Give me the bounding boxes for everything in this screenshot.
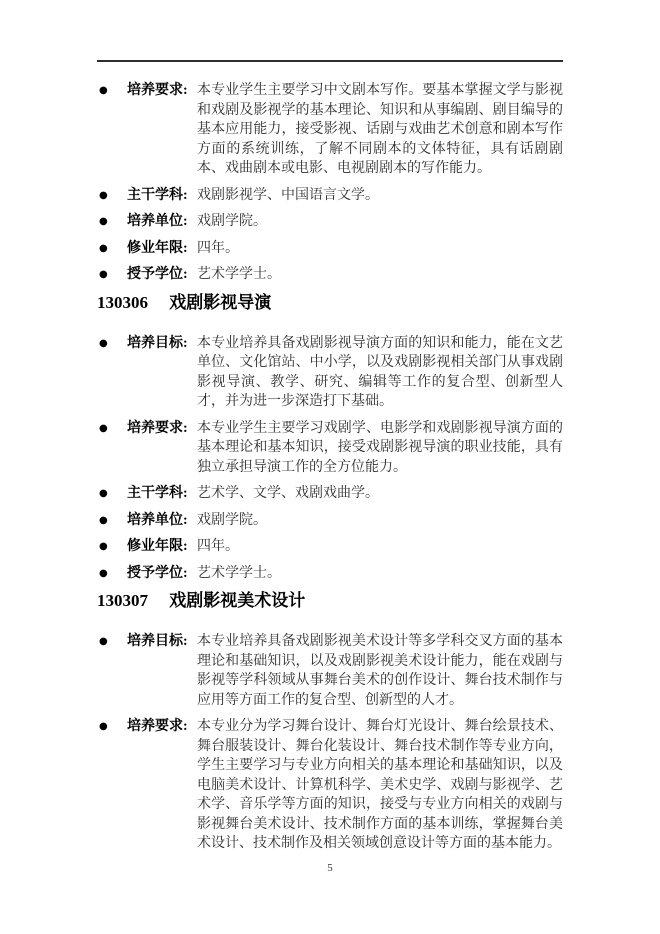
list-item: ● 主干学科: 戏剧影视学、中国语言文学。 — [97, 186, 563, 206]
bullet-icon: ● — [97, 212, 127, 232]
item-label: 主干学科: — [127, 186, 197, 206]
item-text: 戏剧学院。 — [197, 212, 563, 232]
item-text: 本专业培养具备戏剧影视美术设计等多学科交叉方面的基本理论和基础知识，以及戏剧影视… — [197, 632, 563, 710]
item-label: 培养单位: — [127, 511, 197, 531]
item-label: 培养要求: — [127, 81, 197, 101]
item-text: 四年。 — [197, 537, 563, 557]
item-label: 修业年限: — [127, 239, 197, 259]
item-text: 四年。 — [197, 239, 563, 259]
item-text: 艺术学学士。 — [197, 265, 563, 285]
document-page: ● 培养要求: 本专业学生主要学习中文剧本写作。要基本掌握文学与影视和戏剧及影视… — [0, 0, 660, 934]
section-title: 戏剧影视导演 — [169, 293, 271, 312]
item-label: 培养目标: — [127, 632, 197, 652]
item-text: 本专业学生主要学习中文剧本写作。要基本掌握文学与影视和戏剧及影视学的基本理论、知… — [197, 81, 563, 179]
page-number: 5 — [0, 862, 660, 874]
bullet-icon: ● — [97, 564, 127, 584]
section-code: 130306 — [97, 293, 148, 312]
item-text: 本专业学生主要学习戏剧学、电影学和戏剧影视导演方面的基本理论和基本知识，接受戏剧… — [197, 419, 563, 478]
item-text: 艺术学学士。 — [197, 564, 563, 584]
list-item: ● 培养要求: 本专业学生主要学习戏剧学、电影学和戏剧影视导演方面的基本理论和基… — [97, 419, 563, 478]
bullet-icon: ● — [97, 239, 127, 259]
item-text: 戏剧学院。 — [197, 511, 563, 531]
section-title: 戏剧影视美术设计 — [169, 591, 305, 610]
bullet-icon: ● — [97, 419, 127, 439]
item-label: 培养要求: — [127, 419, 197, 439]
header-rule — [97, 60, 563, 62]
bullet-icon: ● — [97, 717, 127, 737]
item-label: 培养要求: — [127, 717, 197, 737]
bullet-icon: ● — [97, 537, 127, 557]
bullet-icon: ● — [97, 484, 127, 504]
item-label: 授予学位: — [127, 265, 197, 285]
page-content: ● 培养要求: 本专业学生主要学习中文剧本写作。要基本掌握文学与影视和戏剧及影视… — [97, 81, 563, 861]
list-item: ● 修业年限: 四年。 — [97, 239, 563, 259]
bullet-icon: ● — [97, 265, 127, 285]
list-item: ● 主干学科: 艺术学、文学、戏剧戏曲学。 — [97, 484, 563, 504]
list-item: ● 培养目标: 本专业培养具备戏剧影视导演方面的知识和能力，能在文艺单位、文化馆… — [97, 334, 563, 412]
item-label: 主干学科: — [127, 484, 197, 504]
list-item: ● 授予学位: 艺术学学士。 — [97, 265, 563, 285]
section-heading-130306: 130306 戏剧影视导演 — [97, 292, 563, 314]
list-item: ● 培养单位: 戏剧学院。 — [97, 212, 563, 232]
list-item: ● 培养要求: 本专业分为学习舞台设计、舞台灯光设计、舞台绘景技术、舞台服装设计… — [97, 717, 563, 854]
list-item: ● 培养目标: 本专业培养具备戏剧影视美术设计等多学科交叉方面的基本理论和基础知… — [97, 632, 563, 710]
bullet-icon: ● — [97, 632, 127, 652]
bullet-icon: ● — [97, 186, 127, 206]
bullet-icon: ● — [97, 81, 127, 101]
item-text: 本专业培养具备戏剧影视导演方面的知识和能力，能在文艺单位、文化馆站、中小学，以及… — [197, 334, 563, 412]
item-label: 授予学位: — [127, 564, 197, 584]
item-text: 本专业分为学习舞台设计、舞台灯光设计、舞台绘景技术、舞台服装设计、舞台化装设计、… — [197, 717, 563, 854]
item-label: 培养目标: — [127, 334, 197, 354]
list-item: ● 培养单位: 戏剧学院。 — [97, 511, 563, 531]
section-heading-130307: 130307 戏剧影视美术设计 — [97, 590, 563, 612]
list-item: ● 培养要求: 本专业学生主要学习中文剧本写作。要基本掌握文学与影视和戏剧及影视… — [97, 81, 563, 179]
item-label: 培养单位: — [127, 212, 197, 232]
item-text: 艺术学、文学、戏剧戏曲学。 — [197, 484, 563, 504]
list-item: ● 修业年限: 四年。 — [97, 537, 563, 557]
item-label: 修业年限: — [127, 537, 197, 557]
bullet-icon: ● — [97, 334, 127, 354]
list-item: ● 授予学位: 艺术学学士。 — [97, 564, 563, 584]
section-code: 130307 — [97, 591, 148, 610]
bullet-icon: ● — [97, 511, 127, 531]
item-text: 戏剧影视学、中国语言文学。 — [197, 186, 563, 206]
